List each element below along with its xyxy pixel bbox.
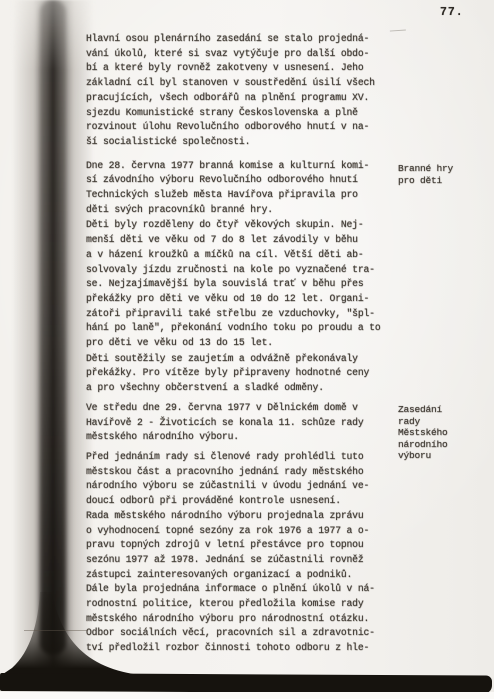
paragraph-heating-season: Rada městského národního výboru projedna…	[86, 509, 392, 583]
scan-bottom-edge-band	[0, 673, 492, 694]
paragraph-branne-hry-intro: Dne 28. června 1977 branná komise a kult…	[86, 159, 392, 218]
paragraph-pre-meeting-tour: Před jednáním rady si členové rady prohl…	[86, 450, 392, 509]
paragraph-nationality-policy: Dále byla projednána informace o plnění …	[86, 582, 392, 626]
paragraph-social-affairs: Odbor sociálních věcí, pracovních sil a …	[86, 626, 392, 655]
paragraph-council-meeting: Ve středu dne 29. června 1977 v Dělnické…	[86, 401, 392, 445]
paragraph-age-groups: Děti byly rozděleny do čtyř věkových sku…	[86, 218, 392, 350]
margin-note-branne-hry: Branné hry pro děti	[398, 163, 490, 186]
paragraph-plenary-session: Hlavní osou plenárního zasedání se stalo…	[86, 32, 392, 150]
page-bottom-margin	[0, 692, 494, 699]
margin-note-zasedani-rady: Zasedání rady Městského národního výboru	[398, 404, 490, 462]
book-spine-shadow-core	[40, 0, 66, 655]
page-number: 77.	[440, 6, 464, 19]
scan-speck	[390, 29, 406, 35]
body-text-column: Hlavní osou plenárního zasedání se stalo…	[86, 32, 392, 656]
scan-scratch-line	[24, 630, 88, 631]
scanned-chronicle-page: 77. Hlavní osou plenárního zasedání se s…	[0, 0, 494, 699]
paragraph-prizes: Děti soutěžily se zaujetím a odvážně pře…	[86, 352, 392, 396]
